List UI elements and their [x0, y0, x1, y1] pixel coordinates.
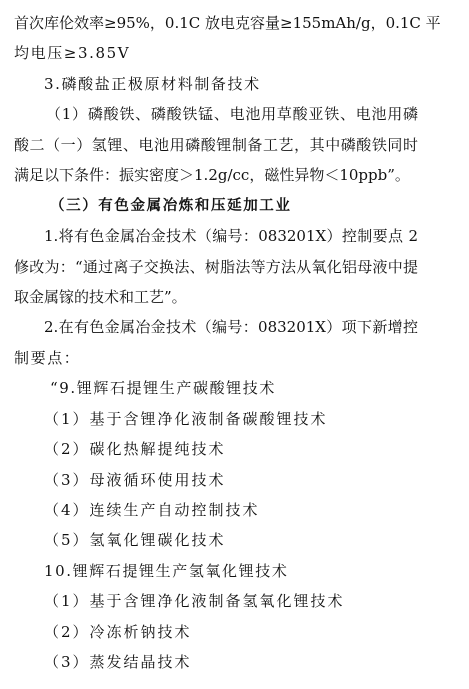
paragraph-line: 满足以下条件：振实密度＞1.2g/cc，磁性异物＜10ppb”。	[14, 160, 418, 190]
paragraph-line: 酸二（一）氢锂、电池用磷酸锂制备工艺，其中磷酸铁同时	[14, 130, 418, 160]
list-heading-10: 10.锂辉石提锂生产氢氧化锂技术	[14, 556, 418, 586]
list-item: （3）蒸发结晶技术	[14, 647, 418, 677]
list-heading-9: “9.锂辉石提锂生产碳酸锂技术	[14, 373, 418, 403]
list-item: （3）母液循环使用技术	[14, 465, 418, 495]
paragraph-line: 均电压≥3.85V	[14, 38, 418, 68]
list-item: （2）碳化热解提纯技术	[14, 434, 418, 464]
list-item: （2）冷冻析钠技术	[14, 617, 418, 647]
list-item: （5）氢氧化锂碳化技术	[14, 525, 418, 555]
paragraph-line: 1.将有色金属冶金技术（编号：083201X）控制要点 2	[14, 221, 418, 251]
list-item: （1）基于含锂净化液制备碳酸锂技术	[14, 404, 418, 434]
document-page: 首次库伦效率≥95%，0.1C 放电克容量≥155mAh/g，0.1C 平 均电…	[14, 8, 418, 678]
paragraph-line: （1）磷酸铁、磷酸铁锰、电池用草酸亚铁、电池用磷	[14, 99, 418, 129]
section-heading: （三）有色金属冶炼和压延加工业	[14, 191, 418, 221]
paragraph-line: 修改为：“通过离子交换法、树脂法等方法从氧化铝母液中提	[14, 252, 418, 282]
paragraph-line: 制要点：	[14, 343, 418, 373]
paragraph-line: 2.在有色金属冶金技术（编号：083201X）项下新增控	[14, 312, 418, 342]
paragraph-line: 首次库伦效率≥95%，0.1C 放电克容量≥155mAh/g，0.1C 平	[14, 8, 418, 38]
list-item: （1）基于含锂净化液制备氢氧化锂技术	[14, 586, 418, 616]
section-item-3: 3.磷酸盐正极原材料制备技术	[14, 69, 418, 99]
list-item: （4）连续生产自动控制技术	[14, 495, 418, 525]
paragraph-line: 取金属镓的技术和工艺”。	[14, 282, 418, 312]
